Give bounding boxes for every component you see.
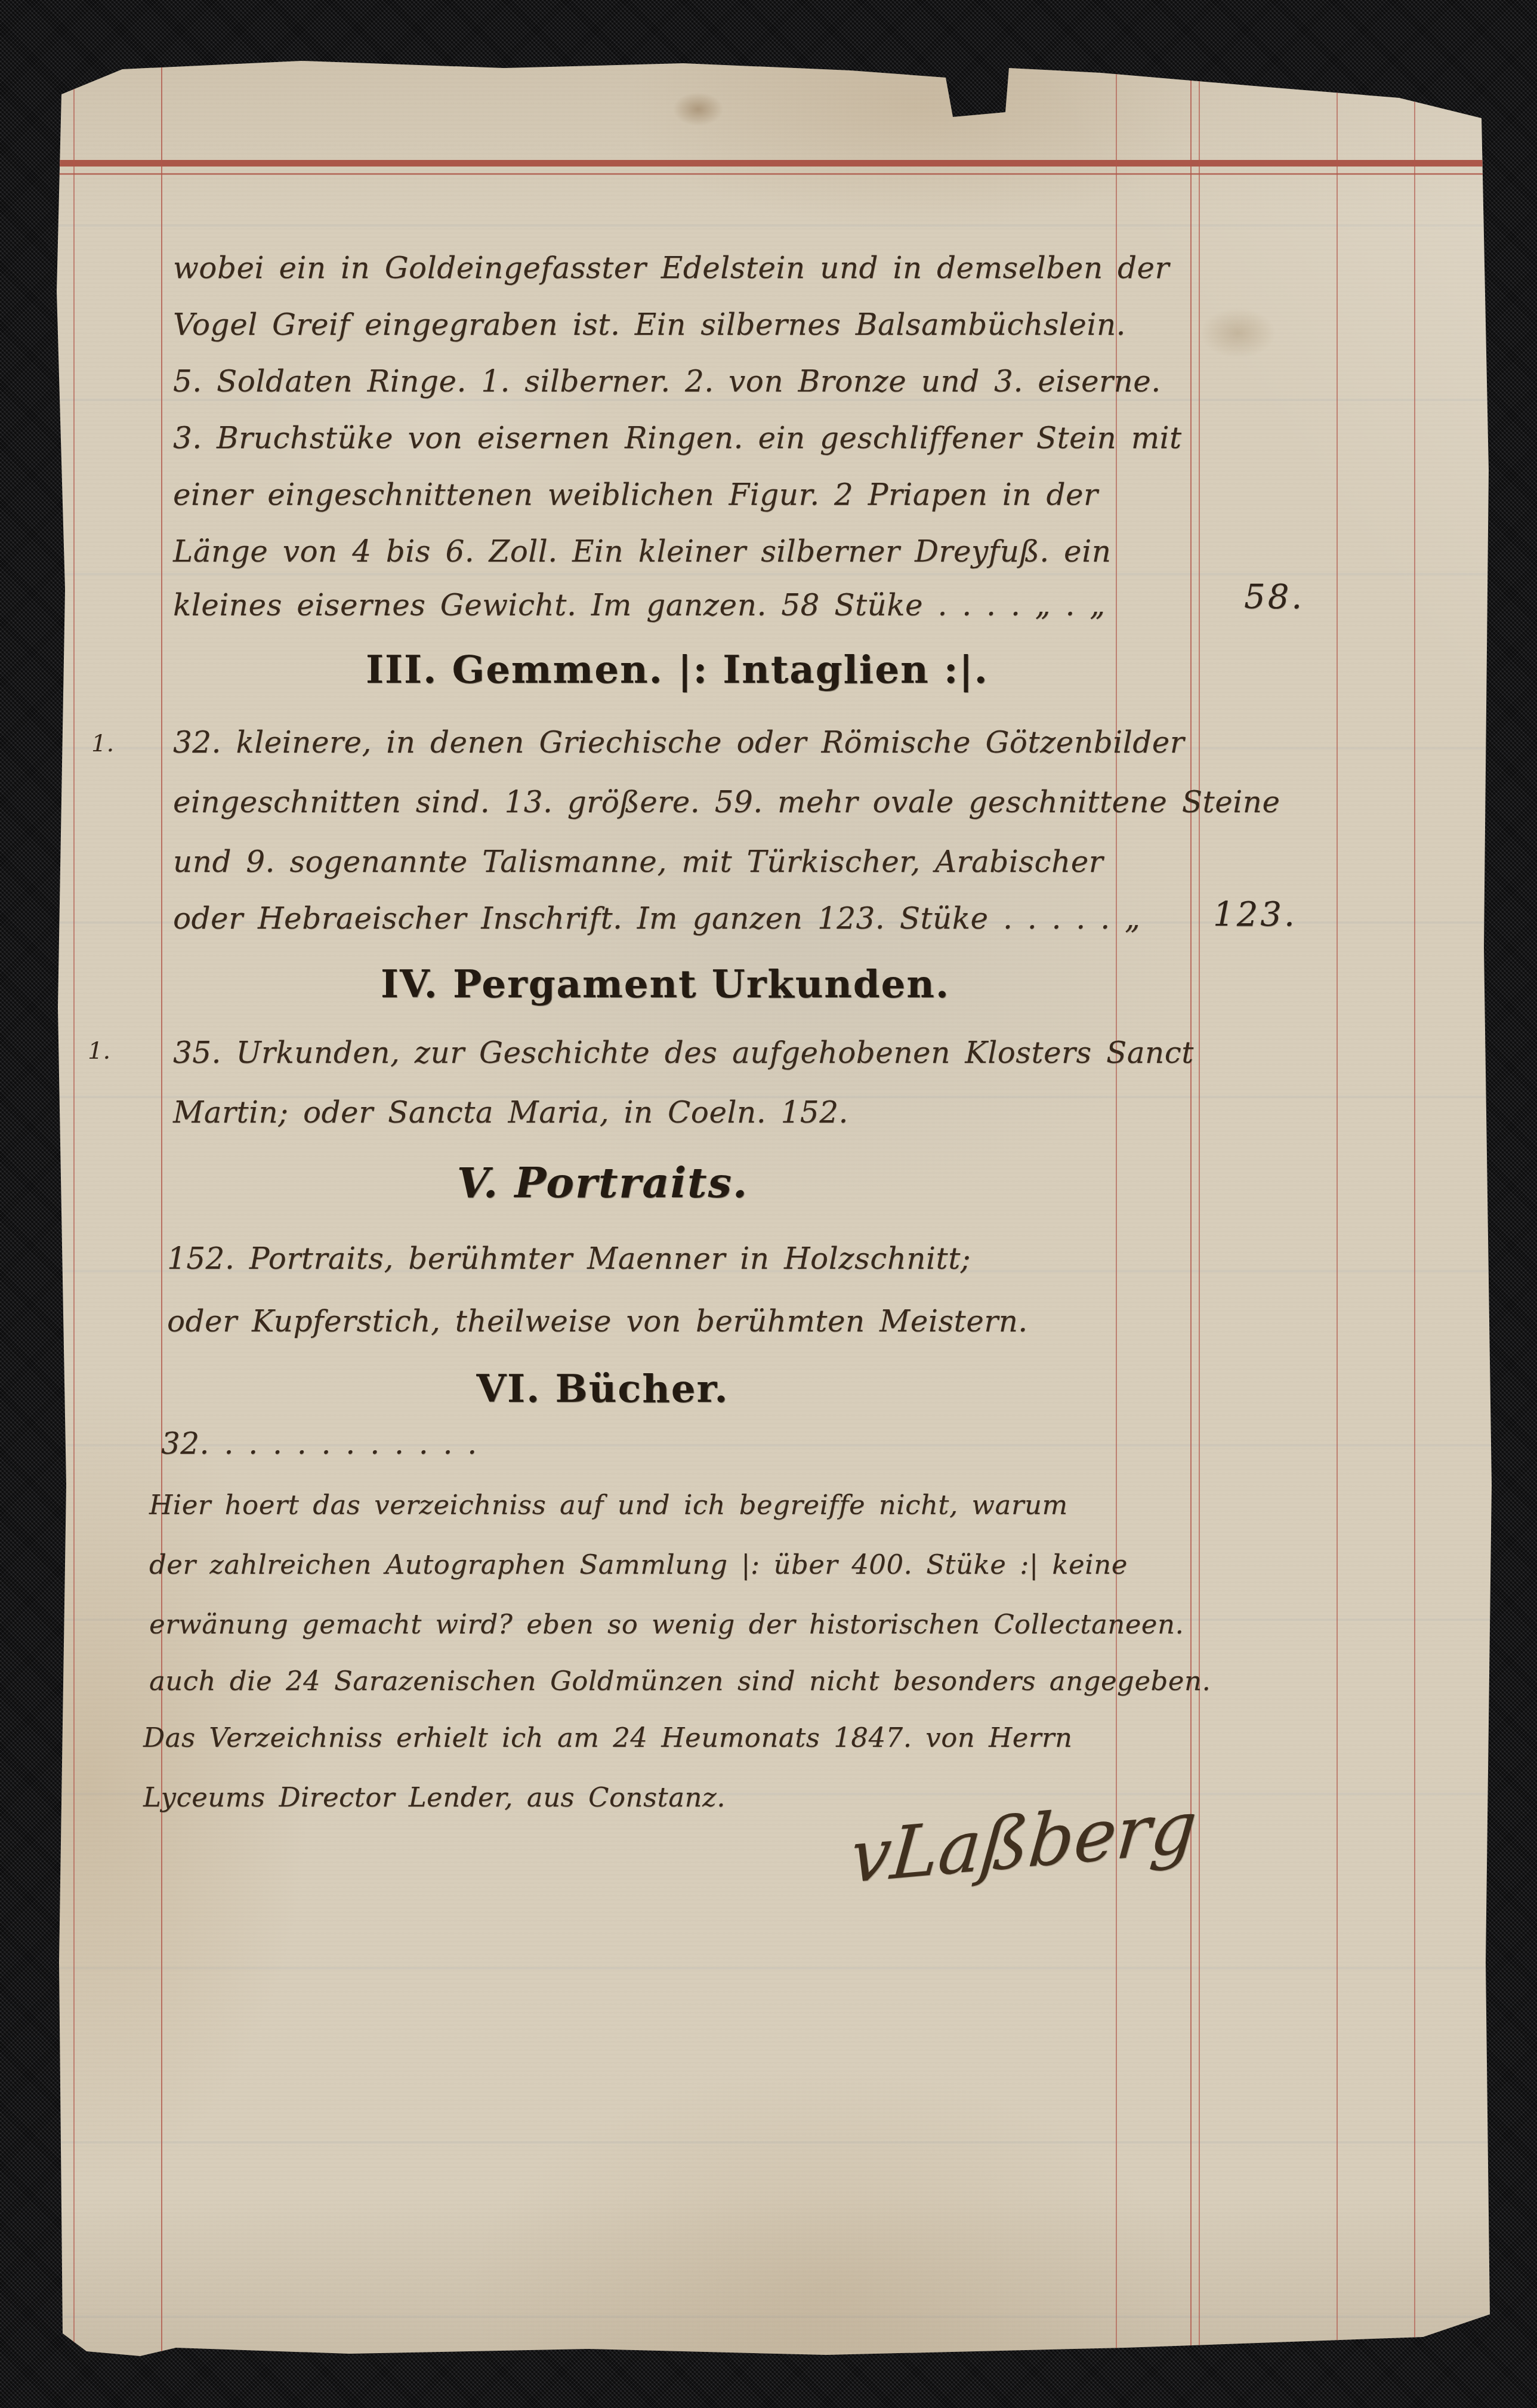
handwritten-line: Das Verzeichniss erhielt ich am 24 Heumo… [143, 1722, 1073, 1753]
section-heading-vi: VI. Bücher. [274, 1367, 931, 1411]
handwritten-line: Hier hoert das verzeichniss auf und ich … [149, 1489, 1068, 1521]
vertical-rule-right-2a [1190, 53, 1192, 2359]
handwritten-line: oder Hebraeischer Inschrift. Im ganzen 1… [173, 901, 1140, 936]
handwritten-line: 5. Soldaten Ringe. 1. silberner. 2. von … [173, 364, 1161, 399]
handwritten-line: kleines eisernes Gewicht. Im ganzen. 58 … [173, 588, 1106, 622]
vertical-rule-left-outer [73, 53, 75, 2359]
vertical-rule-right-4 [1414, 53, 1415, 2359]
handwritten-line: Vogel Greif eingegraben ist. Ein silbern… [173, 307, 1126, 342]
signature: vLaßberg [847, 1786, 1200, 1900]
handwritten-line: 3. Bruchstüke von eisernen Ringen. ein g… [173, 421, 1182, 455]
manuscript-page: wobei ein in Goldeingefasster Edelstein … [51, 53, 1495, 2359]
handwritten-line: Lyceums Director Lender, aus Constanz. [143, 1781, 726, 1813]
handwritten-line: auch die 24 Sarazenischen Goldmünzen sin… [149, 1665, 1211, 1697]
handwritten-line: erwänung gemacht wird? eben so wenig der… [149, 1608, 1184, 1640]
margin-item-number: 1. [91, 730, 114, 757]
horizontal-rule-thick [51, 160, 1495, 167]
handwritten-line: 152. Portraits, berühmter Maenner in Hol… [167, 1241, 971, 1276]
handwritten-line: einer eingeschnittenen weiblichen Figur.… [173, 477, 1098, 512]
horizontal-rule-thin [51, 173, 1495, 175]
handwritten-line: Länge von 4 bis 6. Zoll. Ein kleiner sil… [173, 534, 1111, 569]
scan-background: { "page": { "type": "handwritten manuscr… [0, 0, 1537, 2408]
vertical-rule-left-inner [161, 53, 162, 2359]
handwritten-line: Martin; oder Sancta Maria, in Coeln. 152… [173, 1095, 848, 1130]
section-heading-iii: III. Gemmen. |: Intaglien :|. [349, 648, 1005, 692]
handwritten-line: 32. . . . . . . . . . . . [161, 1426, 477, 1461]
margin-item-number: 1. [88, 1037, 110, 1065]
handwritten-line: 35. Urkunden, zur Geschichte des aufgeho… [173, 1035, 1194, 1070]
handwritten-line: eingeschnitten sind. 13. größere. 59. me… [173, 785, 1280, 819]
handwritten-line: der zahlreichen Autographen Sammlung |: … [149, 1549, 1128, 1580]
section-heading-iv: IV. Pergament Urkunden. [337, 962, 993, 1007]
ledger-total-123: 123. [1213, 895, 1297, 934]
vertical-rule-right-3 [1337, 53, 1338, 2359]
handwritten-line: 32. kleinere, in denen Griechische oder … [173, 725, 1184, 760]
handwritten-line: und 9. sogenannte Talismanne, mit Türkis… [173, 844, 1103, 879]
handwritten-line: wobei ein in Goldeingefasster Edelstein … [173, 251, 1169, 285]
ledger-total-58: 58. [1244, 578, 1304, 616]
handwritten-line: oder Kupferstich, theilweise von berühmt… [167, 1304, 1028, 1339]
vertical-rule-right-2b [1199, 53, 1200, 2359]
section-heading-v: V. Portraits. [274, 1158, 931, 1207]
